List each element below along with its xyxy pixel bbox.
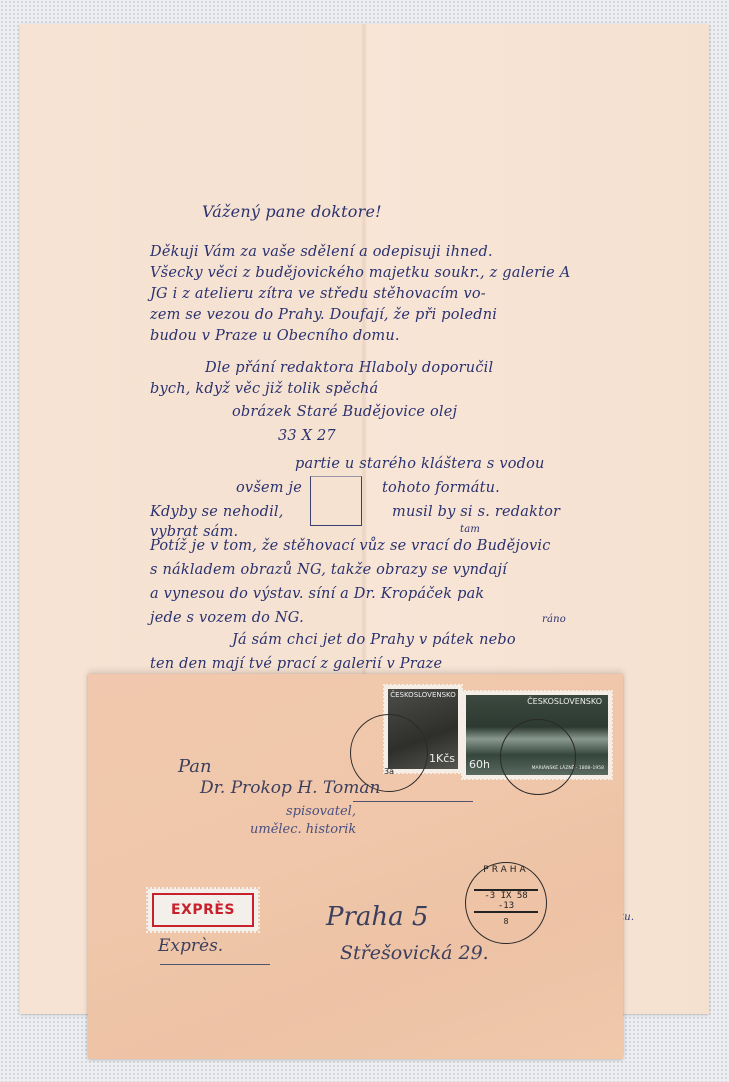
postmark-date: -3 IX 58 -13 xyxy=(474,889,538,913)
letter-line: Dle přání redaktora Hlaboly doporučil xyxy=(205,360,493,376)
letter-line: Děkuji Vám za vaše sdělení a odepisuji i… xyxy=(150,244,493,260)
recipient-title: spisovatel, xyxy=(286,804,356,819)
letter-line: jede s vozem do NG. xyxy=(150,610,304,626)
letter-line: budou v Praze u Obecního domu. xyxy=(150,328,400,344)
letter-dimensions: 33 X 27 xyxy=(278,428,336,444)
express-handwritten: Exprès. xyxy=(158,936,223,956)
letter-line: tohoto formátu. xyxy=(382,480,500,496)
envelope: ČESKOSLOVENSKO 1Kčs ČESKOSLOVENSKO 60h M… xyxy=(88,674,623,1059)
letter-line: Potíž je v tom, že stěhovací vůz se vrac… xyxy=(150,538,551,554)
letter-line: zem se vezou do Prahy. Doufají, že při p… xyxy=(150,307,497,323)
letter-line: bych, když věc již tolik spěchá xyxy=(150,381,378,397)
letter-insertion: ráno xyxy=(542,614,566,625)
postmark-ring xyxy=(500,719,576,795)
recipient-title: umělec. historik xyxy=(250,822,356,837)
postmark-praha: PRAHA -3 IX 58 -13 8 xyxy=(465,862,547,944)
letter-line: a vynesou do výstav. síní a Dr. Kropáček… xyxy=(150,586,484,602)
letter-line: ovšem je xyxy=(236,480,302,496)
stamp-value: 60h xyxy=(469,758,490,771)
letter-line: Kdyby se nehodil, xyxy=(150,504,284,520)
stamp-value: 1Kčs xyxy=(429,752,455,765)
postmark-code: 3a xyxy=(351,767,427,776)
letter-salutation: Vážený pane doktore! xyxy=(202,202,382,221)
recipient-salutation: Pan xyxy=(178,756,212,777)
stamp-country: ČESKOSLOVENSKO xyxy=(388,691,458,699)
postmark-code: 8 xyxy=(466,917,546,926)
recipient-street: Střešovická 29. xyxy=(340,942,489,964)
recipient-city: Praha 5 xyxy=(326,902,428,932)
letter-line: ten den mají tvé prací z galerií v Praze xyxy=(150,656,442,672)
stamp-country: ČESKOSLOVENSKO xyxy=(466,697,602,706)
recipient-name: Dr. Prokop H. Toman xyxy=(200,778,380,798)
postmark-city: PRAHA xyxy=(466,865,546,875)
letter-line: partie u starého klášterа s vodou xyxy=(295,456,545,472)
express-label-text: EXPRÈS xyxy=(152,893,254,927)
express-label: EXPRÈS xyxy=(148,889,258,931)
letter-line: obrázek Staré Budějovice olej xyxy=(232,404,457,420)
letter-line: musil by si s. redaktor xyxy=(392,504,560,520)
letter-line: JG i z atelieru zítra ve středu stěhovac… xyxy=(150,286,486,302)
letter-line: Všecky věci z budějovického majetku souk… xyxy=(150,265,570,281)
underline xyxy=(353,801,473,802)
sketch-format-box xyxy=(310,476,362,526)
underline xyxy=(160,964,270,965)
letter-insertion: tam xyxy=(460,524,480,535)
letter-line: Já sám chci jet do Prahy v pátek nebo xyxy=(232,632,516,648)
letter-line: s nákladem obrazů NG, takže obrazy se vy… xyxy=(150,562,507,578)
